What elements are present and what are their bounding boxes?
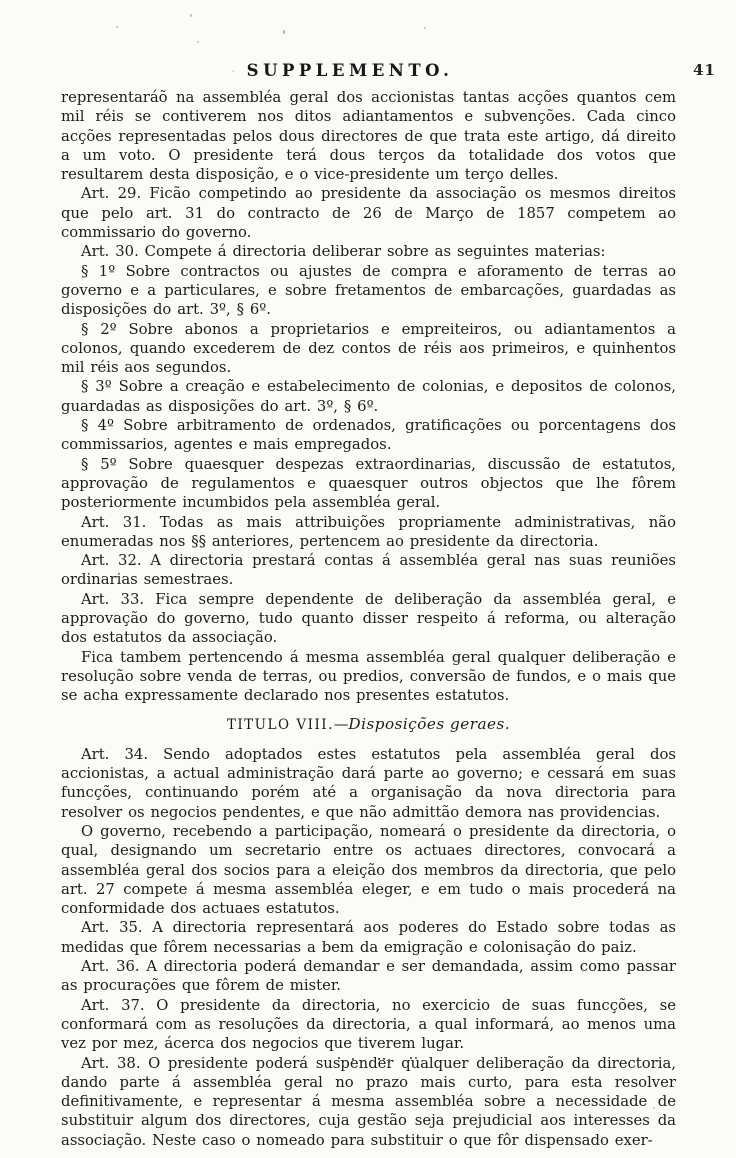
article-37: Art. 37. O presidente da directoria, no … — [61, 996, 676, 1054]
scan-speck — [232, 70, 234, 72]
article-29: Art. 29. Ficão competindo ao presidente … — [61, 184, 676, 242]
paragraph-continuation: representaráõ na assembléa geral dos acc… — [61, 88, 676, 184]
section-heading-dash: — — [334, 717, 349, 733]
clause-3: § 3º Sobre a creação e estabelecimento d… — [61, 377, 676, 416]
scan-speck — [197, 41, 199, 43]
clause-1: § 1º Sobre contractos ou ajustes de comp… — [61, 262, 676, 320]
scanned-document-page: SUPPLEMENTO. 41 representaráõ na assembl… — [0, 0, 736, 1158]
clause-4: § 4º Sobre arbitramento de ordenados, gr… — [61, 416, 676, 455]
document-body: representaráõ na assembléa geral dos acc… — [61, 88, 676, 1150]
article-31: Art. 31. Todas as mais attribuições prop… — [61, 513, 676, 552]
scan-speck — [116, 26, 118, 28]
section-heading-title: Disposições geraes. — [348, 715, 510, 733]
article-33: Art. 33. Fica sempre dependente de delib… — [61, 590, 676, 648]
clause-2: § 2º Sobre abonos a proprietarios e empr… — [61, 320, 676, 378]
article-35: Art. 35. A directoria representará aos p… — [61, 918, 676, 957]
clause-5: § 5º Sobre quaesquer despezas extraordin… — [61, 455, 676, 513]
scan-speck — [653, 1107, 655, 1109]
paragraph-fica-tambem: Fica tambem pertencendo á mesma assemblé… — [61, 648, 676, 706]
article-32: Art. 32. A directoria prestará contas á … — [61, 551, 676, 590]
article-30: Art. 30. Compete á directoria deliberar … — [61, 242, 676, 261]
article-36: Art. 36. A directoria poderá demandar e … — [61, 957, 676, 996]
scan-speck — [297, 1080, 299, 1082]
running-header-title: SUPPLEMENTO. — [50, 61, 650, 80]
article-34: Art. 34. Sendo adoptados estes estatutos… — [61, 745, 676, 822]
page-number: 41 — [693, 61, 716, 79]
section-heading-titulo-viii: TITULO VIII.—Disposições geraes. — [61, 715, 676, 735]
scan-speck — [424, 27, 426, 29]
section-heading-label: TITULO VIII. — [227, 717, 334, 733]
scan-speck — [283, 30, 285, 34]
scan-artifact-dots — [338, 1057, 340, 1059]
article-38: Art. 38. O presidente poderá suspender q… — [61, 1054, 676, 1150]
paragraph-o-governo: O governo, recebendo a participação, nom… — [61, 822, 676, 918]
scan-speck — [190, 14, 192, 17]
